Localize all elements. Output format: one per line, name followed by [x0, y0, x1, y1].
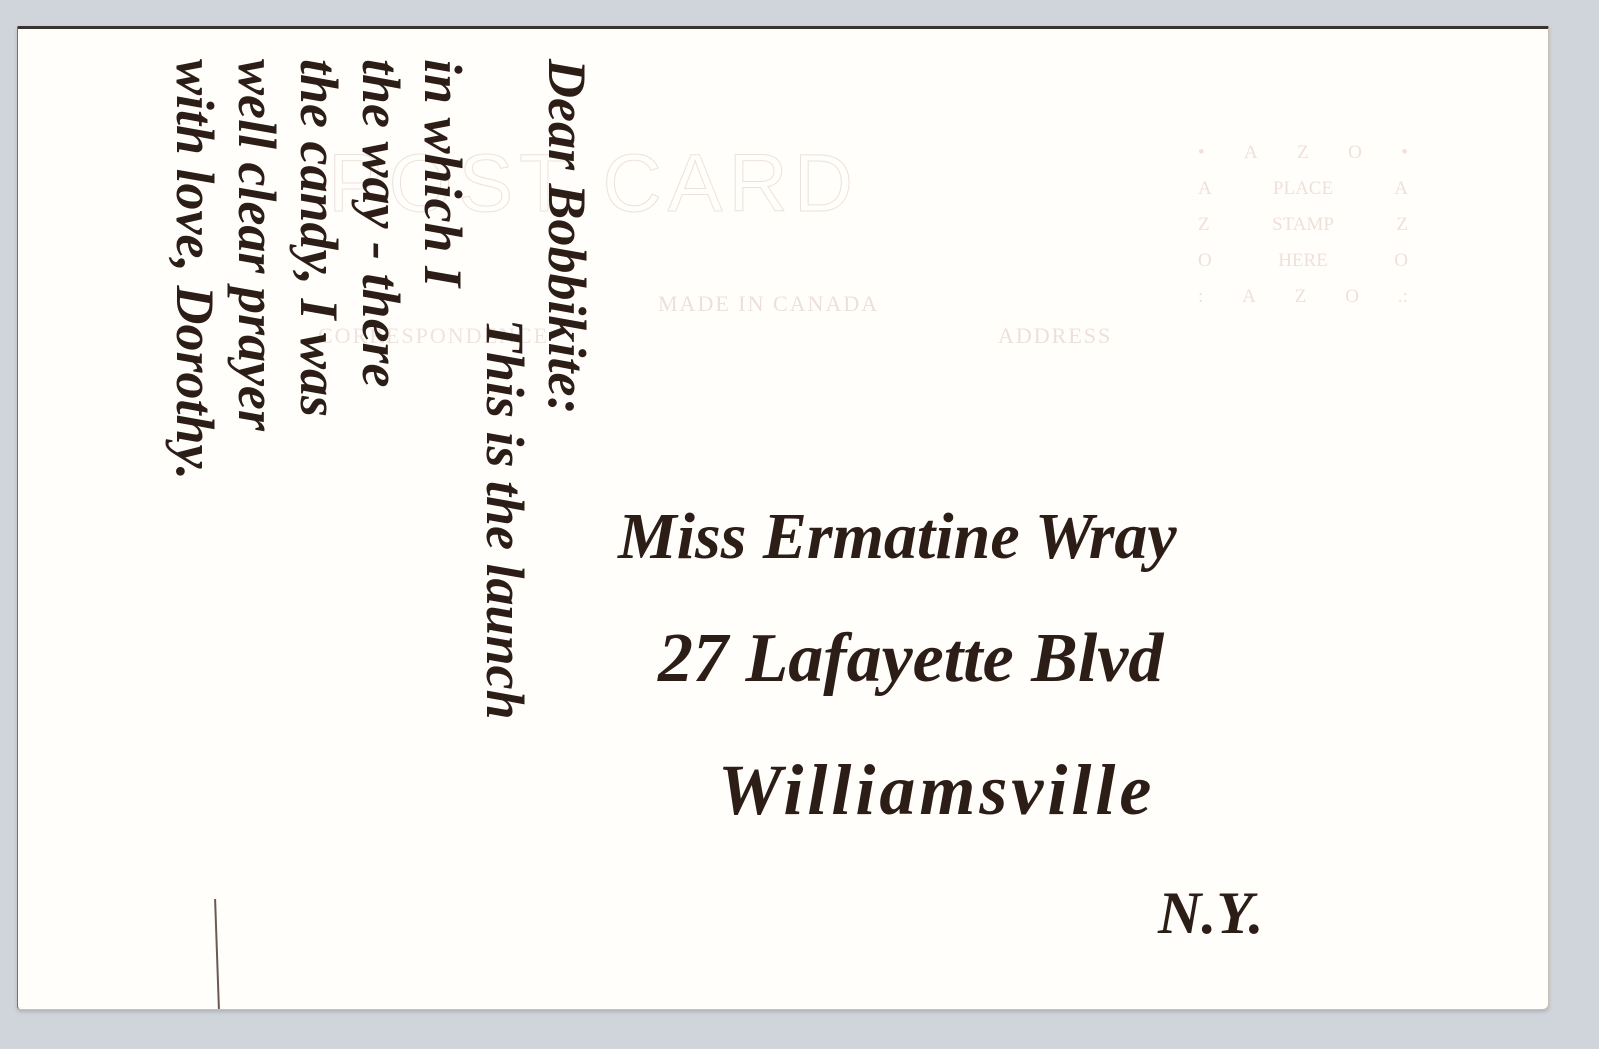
stamp-letter: Z	[1198, 207, 1210, 243]
message-line: well clear prayer	[226, 59, 288, 1010]
stamp-row: : A Z O .:	[1198, 279, 1408, 315]
stamp-letter: A	[1242, 279, 1256, 315]
stamp-letter: O	[1198, 243, 1212, 279]
stamp-letter: A	[1244, 135, 1258, 171]
address-recipient: Miss Ermatine Wray	[618, 499, 1177, 575]
stamp-letter: A	[1198, 171, 1212, 207]
stamp-row: • A Z O •	[1198, 135, 1408, 171]
address-state: N.Y.	[1158, 879, 1264, 948]
stamp-letter: Z	[1295, 279, 1307, 315]
stamp-text: STAMP	[1272, 207, 1334, 243]
message-line: the candy, I was	[288, 59, 350, 1010]
stamp-letter: O	[1345, 279, 1359, 315]
message-line: Dear Bobbikite:	[536, 59, 598, 1010]
address-street: 27 Lafayette Blvd	[658, 619, 1163, 699]
made-in-label: MADE IN CANADA	[658, 291, 879, 317]
stamp-box: • A Z O • A PLACE A Z STAMP Z O HERE O :…	[1198, 135, 1408, 315]
stamp-ornament: •	[1198, 135, 1205, 171]
handwritten-message: Dear Bobbikite: This is the launch in wh…	[78, 59, 598, 1010]
stamp-ornament: :	[1198, 279, 1203, 315]
stamp-letter: A	[1394, 171, 1408, 207]
stamp-text: PLACE	[1273, 171, 1333, 207]
stamp-row: O HERE O	[1198, 243, 1408, 279]
message-line: with love, Dorothy.	[164, 59, 226, 1010]
stamp-ornament: •	[1401, 135, 1408, 171]
address-city: Williamsville	[718, 749, 1155, 832]
stamp-letter: Z	[1396, 207, 1408, 243]
message-line: This is the launch	[474, 59, 536, 1010]
stamp-letter: O	[1348, 135, 1362, 171]
address-label: ADDRESS	[998, 323, 1112, 349]
stamp-ornament: .:	[1398, 279, 1408, 315]
stamp-letter: Z	[1297, 135, 1309, 171]
message-line: the way - there	[350, 59, 412, 1010]
message-line: in which I	[412, 59, 474, 1010]
postcard-back: POST CARD MADE IN CANADA CORRESPONDENCE …	[17, 26, 1549, 1010]
stamp-row: A PLACE A	[1198, 171, 1408, 207]
stamp-row: Z STAMP Z	[1198, 207, 1408, 243]
stamp-text: HERE	[1278, 243, 1328, 279]
stamp-letter: O	[1394, 243, 1408, 279]
